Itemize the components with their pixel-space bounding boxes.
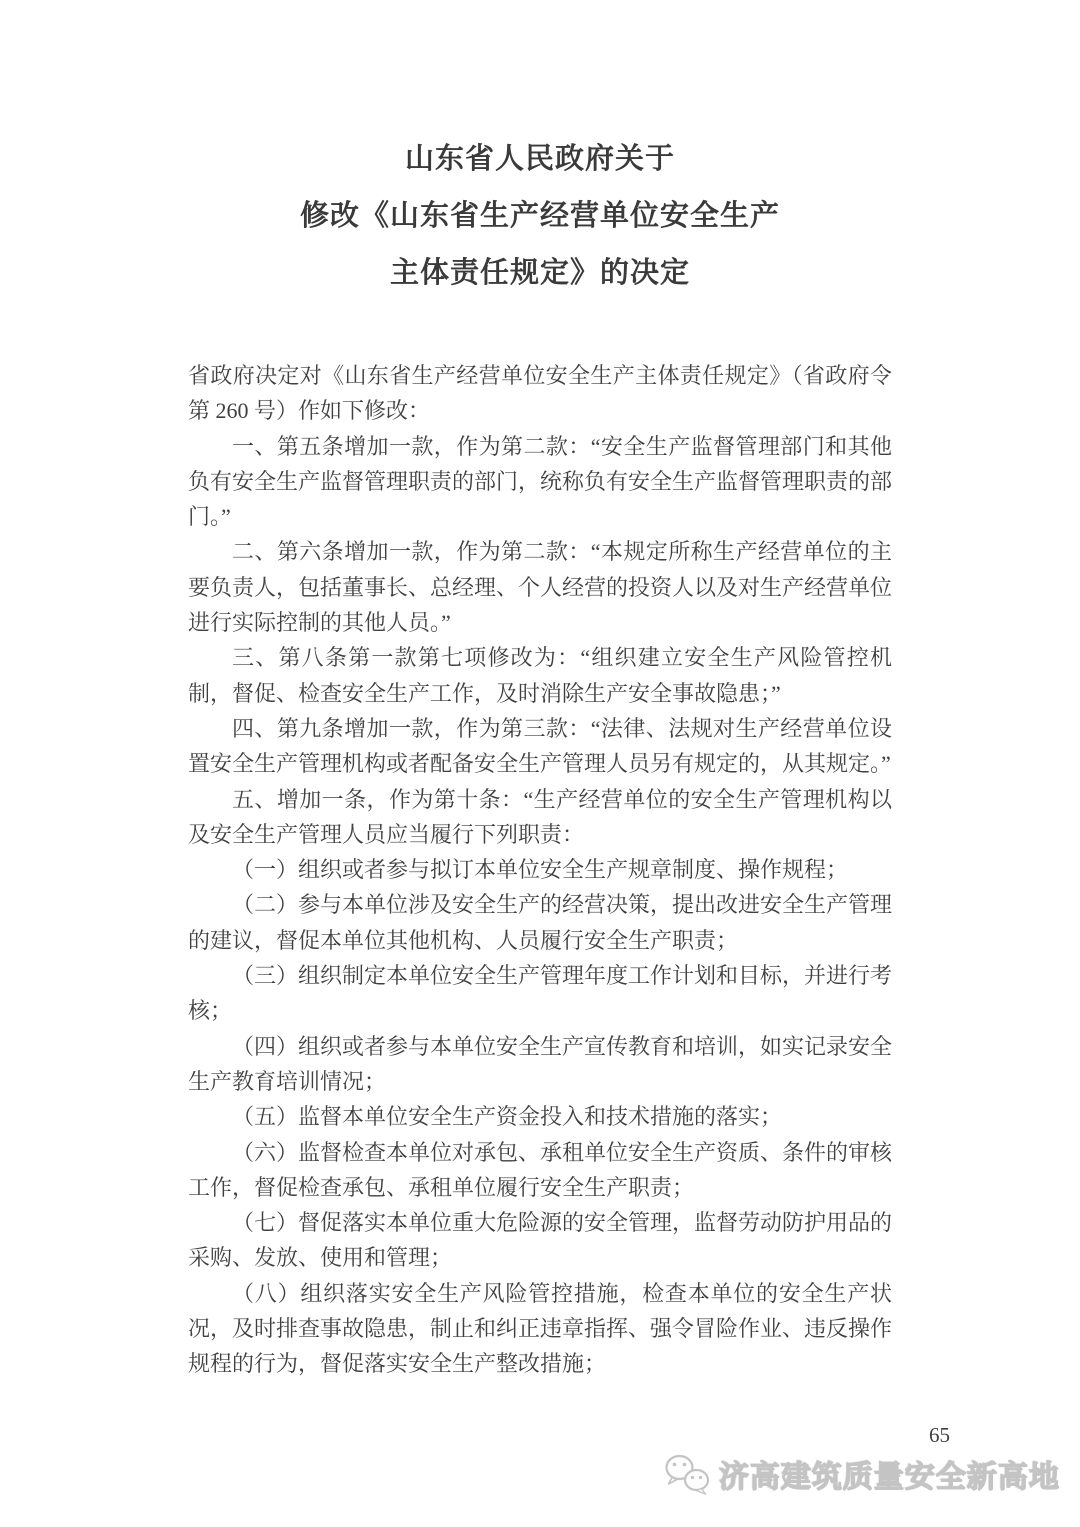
paragraph: 省政府决定对《山东省生产经营单位安全生产主体责任规定》（省政府令第 260 号）…: [188, 358, 892, 429]
paragraph: （二）参与本单位涉及安全生产的经营决策，提出改进安全生产管理的建议，督促本单位其…: [188, 887, 892, 958]
paragraph: （一）组织或者参与拟订本单位安全生产规章制度、操作规程；: [188, 852, 892, 887]
paragraph: （六）监督检查本单位对承包、承租单位安全生产资质、条件的审核工作，督促检查承包、…: [188, 1135, 892, 1206]
paragraph: 四、第九条增加一款，作为第三款：“法律、法规对生产经营单位设置安全生产管理机构或…: [188, 711, 892, 782]
wechat-icon: [663, 1453, 713, 1495]
paragraph: 一、第五条增加一款，作为第二款：“安全生产监督管理部门和其他负有安全生产监督管理…: [188, 429, 892, 535]
paragraph: （五）监督本单位安全生产资金投入和技术措施的落实；: [188, 1099, 892, 1134]
paragraph: （四）组织或者参与本单位安全生产宣传教育和培训，如实记录安全生产教育培训情况；: [188, 1029, 892, 1100]
document-title: 山东省人民政府关于 修改《山东省生产经营单位安全生产 主体责任规定》的决定: [0, 131, 1080, 302]
title-line-2: 修改《山东省生产经营单位安全生产: [0, 188, 1080, 245]
document-body: 省政府决定对《山东省生产经营单位安全生产主体责任规定》（省政府令第 260 号）…: [188, 358, 892, 1382]
watermark-text: 济高建筑质量安全新高地: [719, 1452, 1060, 1496]
paragraph: 三、第八条第一款第七项修改为：“组织建立安全生产风险管控机制，督促、检查安全生产…: [188, 640, 892, 711]
watermark: 济高建筑质量安全新高地: [663, 1452, 1060, 1496]
title-line-1: 山东省人民政府关于: [0, 131, 1080, 188]
paragraph: （三）组织制定本单位安全生产管理年度工作计划和目标，并进行考核；: [188, 958, 892, 1029]
paragraph: （七）督促落实本单位重大危险源的安全管理，监督劳动防护用品的采购、发放、使用和管…: [188, 1205, 892, 1276]
page-number: 65: [929, 1423, 950, 1448]
document-page: 山东省人民政府关于 修改《山东省生产经营单位安全生产 主体责任规定》的决定 省政…: [0, 0, 1080, 1527]
paragraph: 五、增加一条，作为第十条：“生产经营单位的安全生产管理机构以及安全生产管理人员应…: [188, 782, 892, 853]
paragraph: （八）组织落实安全生产风险管控措施，检查本单位的安全生产状况，及时排查事故隐患，…: [188, 1276, 892, 1382]
paragraph: 二、第六条增加一款，作为第二款：“本规定所称生产经营单位的主要负责人，包括董事长…: [188, 534, 892, 640]
title-line-3: 主体责任规定》的决定: [0, 245, 1080, 302]
